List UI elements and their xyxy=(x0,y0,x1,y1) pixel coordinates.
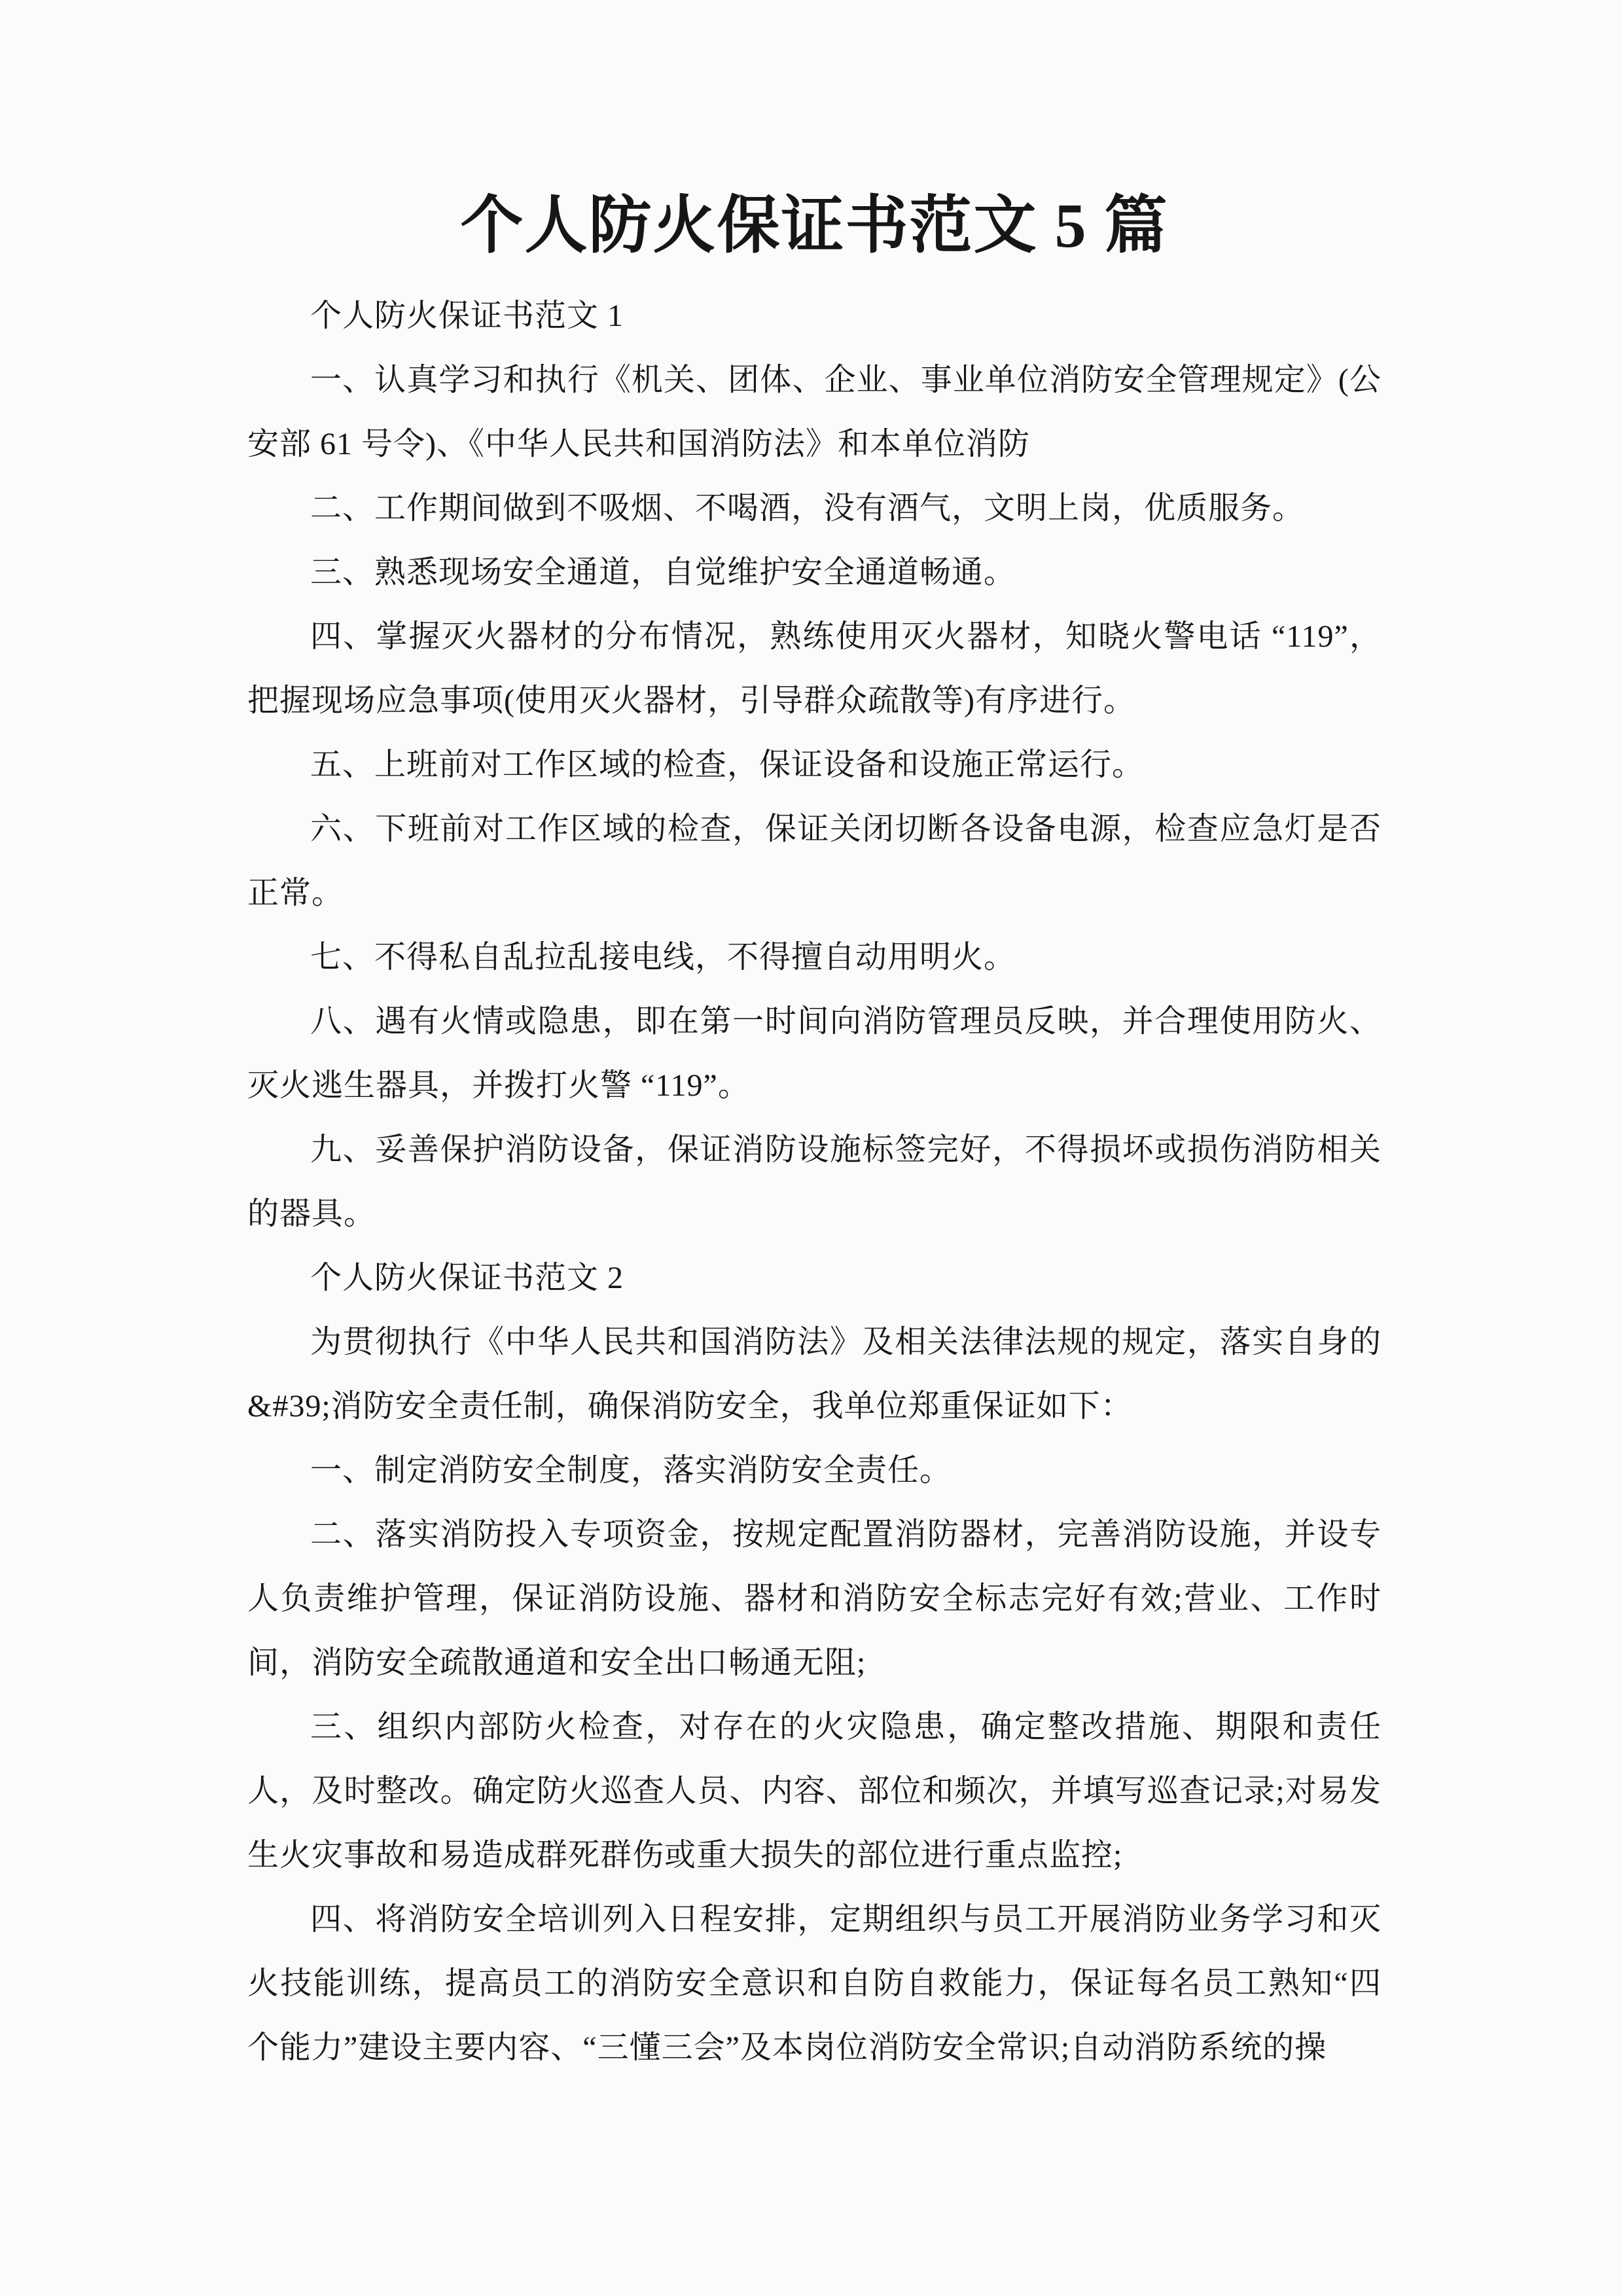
paragraph: 四、将消防安全培训列入日程安排，定期组织与员工开展消防业务学习和灭火技能训练，提… xyxy=(247,1888,1382,2080)
document-page: 个人防火保证书范文 5 篇 个人防火保证书范文 1一、认真学习和执行《机关、团体… xyxy=(0,0,1623,2296)
document-title: 个人防火保证书范文 5 篇 xyxy=(247,182,1382,270)
paragraph: 二、工作期间做到不吸烟、不喝酒，没有酒气，文明上岗，优质服务。 xyxy=(247,476,1382,541)
paragraph: 六、下班前对工作区域的检查，保证关闭切断各设备电源，检查应急灯是否正常。 xyxy=(247,797,1382,925)
paragraph: 三、熟悉现场安全通道，自觉维护安全通道畅通。 xyxy=(247,541,1382,605)
paragraph: 七、不得私自乱拉乱接电线，不得擅自动用明火。 xyxy=(247,925,1382,990)
paragraph: 二、落实消防投入专项资金，按规定配置消防器材，完善消防设施，并设专人负责维护管理… xyxy=(247,1503,1382,1695)
document-body: 个人防火保证书范文 1一、认真学习和执行《机关、团体、企业、事业单位消防安全管理… xyxy=(247,284,1382,2080)
paragraph: 个人防火保证书范文 2 xyxy=(247,1246,1382,1310)
paragraph: 八、遇有火情或隐患，即在第一时间向消防管理员反映，并合理使用防火、灭火逃生器具，… xyxy=(247,990,1382,1118)
paragraph: 九、妥善保护消防设备，保证消防设施标签完好，不得损坏或损伤消防相关的器具。 xyxy=(247,1118,1382,1246)
paragraph: 个人防火保证书范文 1 xyxy=(247,284,1382,348)
paragraph: 五、上班前对工作区域的检查，保证设备和设施正常运行。 xyxy=(247,733,1382,797)
paragraph: 三、组织内部防火检查，对存在的火灾隐患，确定整改措施、期限和责任人，及时整改。确… xyxy=(247,1695,1382,1888)
paragraph: 为贯彻执行《中华人民共和国消防法》及相关法律法规的规定，落实自身的&#39;消防… xyxy=(247,1310,1382,1439)
paragraph: 一、制定消防安全制度，落实消防安全责任。 xyxy=(247,1439,1382,1503)
paragraph: 一、认真学习和执行《机关、团体、企业、事业单位消防安全管理规定》(公安部 61 … xyxy=(247,348,1382,476)
paragraph: 四、掌握灭火器材的分布情况，熟练使用灭火器材，知晓火警电话 “119”，把握现场… xyxy=(247,605,1382,733)
